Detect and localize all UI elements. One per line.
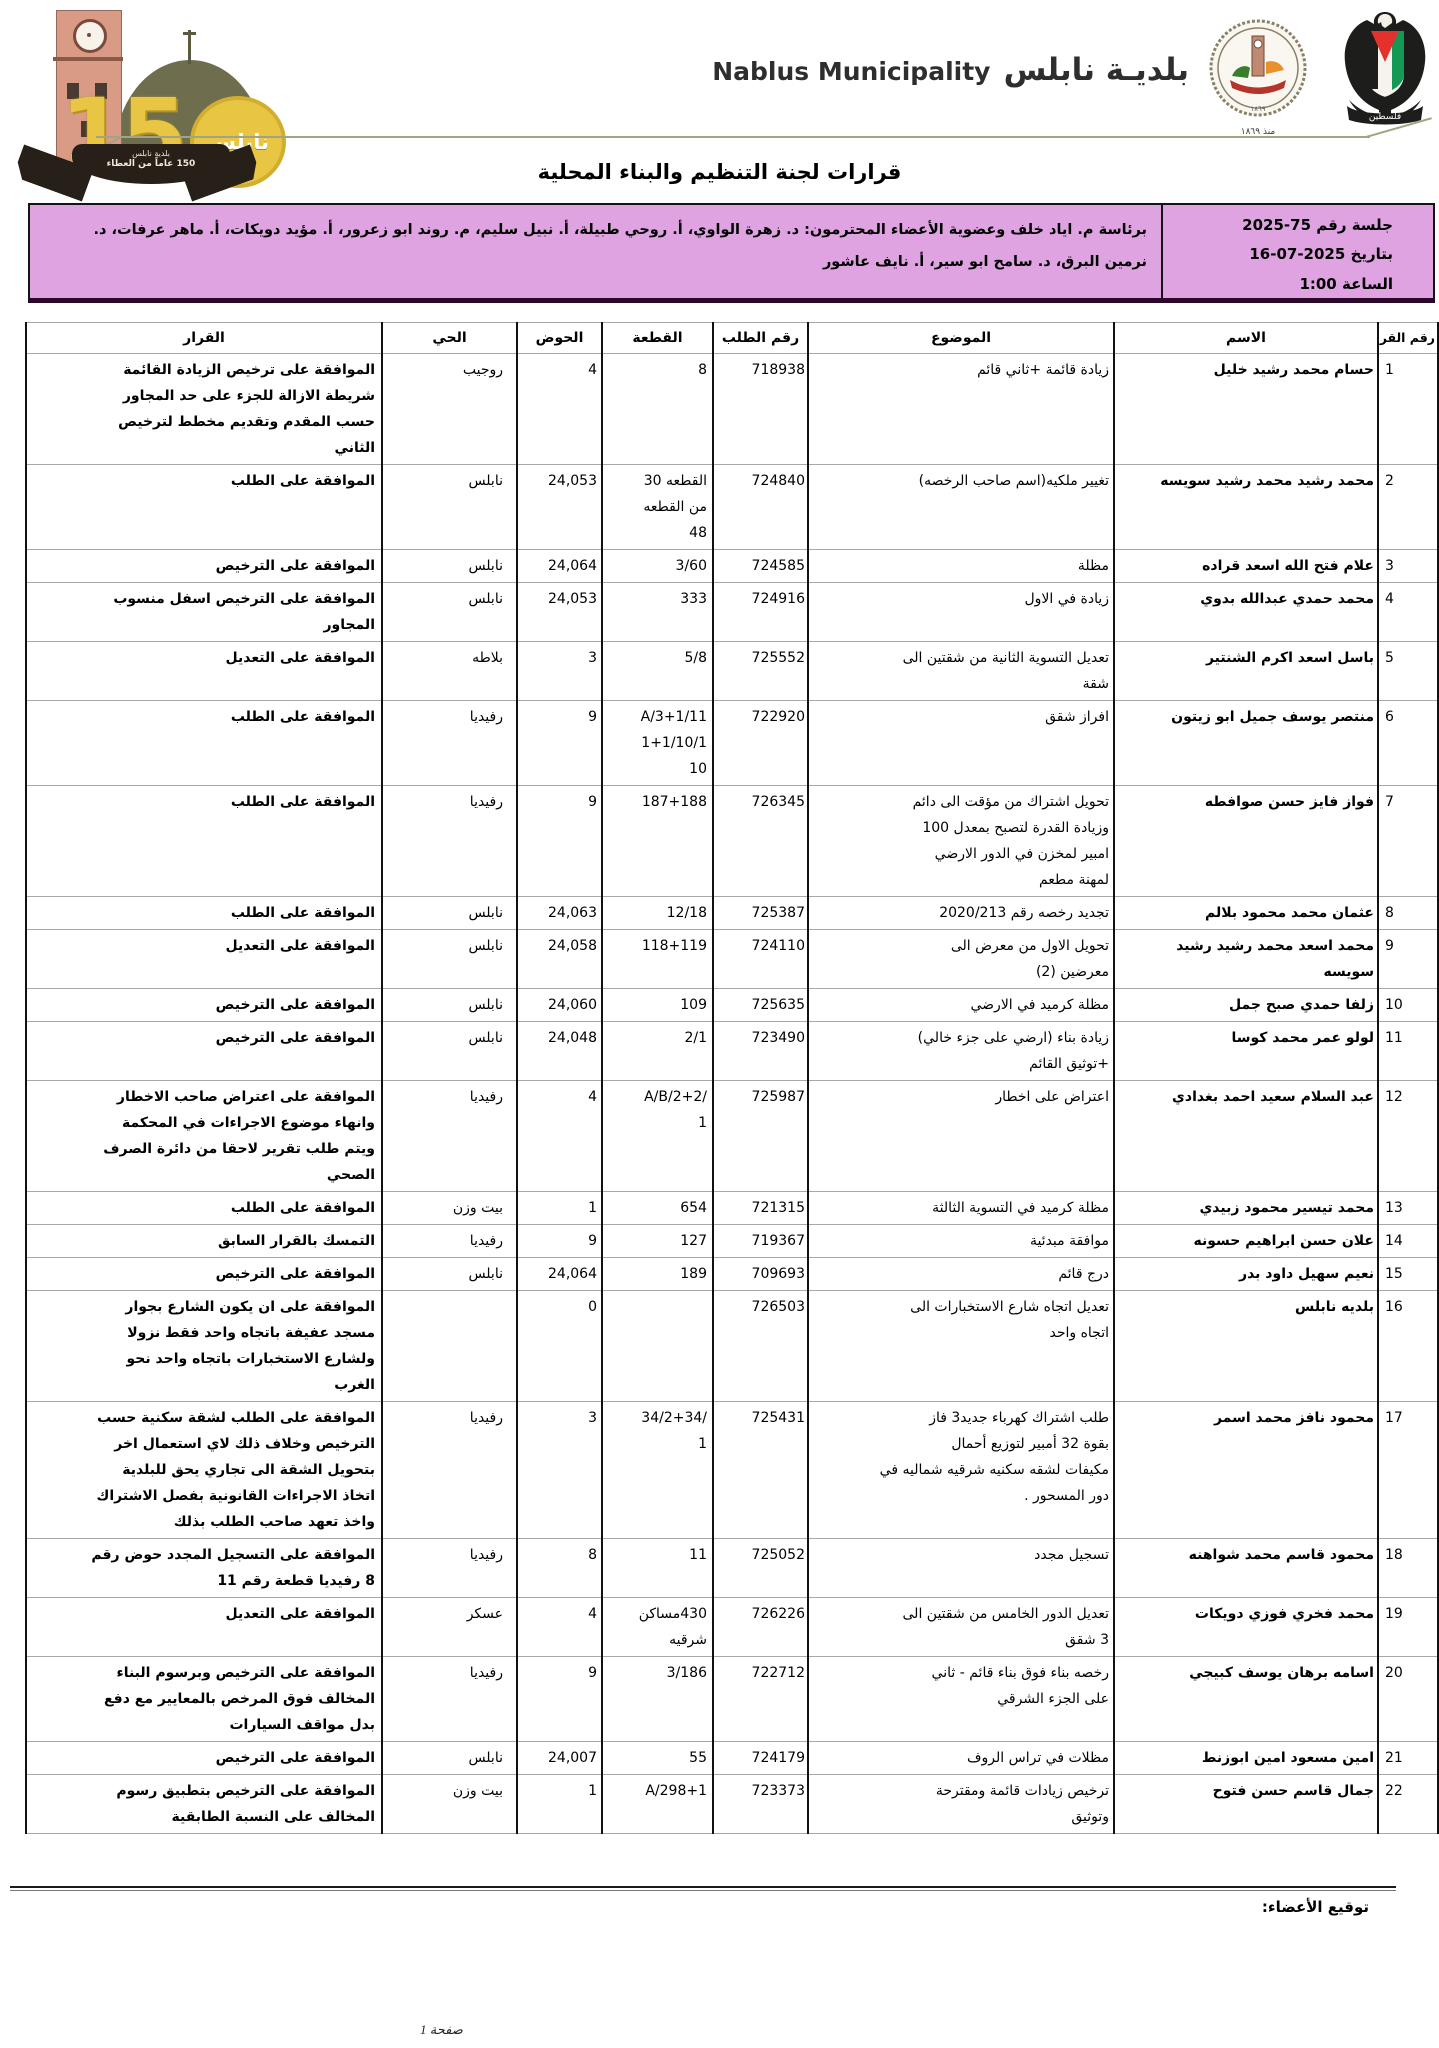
cell-plot: القطعه 30 من القطعه 48	[602, 465, 713, 550]
cell-subject: تحويل الاول من معرض الى معرضين (2)	[808, 930, 1114, 989]
column-header-basin: الحوض	[517, 323, 602, 354]
table-row: 11 لولو عمر محمد كوسا زيادة بناء (ارضي ع…	[26, 1022, 1438, 1081]
table-row: 19 محمد فخري فوزي دويكات تعديل الدور الخ…	[26, 1598, 1438, 1657]
cell-basin: 24,007	[517, 1742, 602, 1775]
table-row: 13 محمد تيسير محمود زبيدي مظلة كرميد في …	[26, 1192, 1438, 1225]
cell-name: محمد حمدي عبدالله بدوي	[1114, 583, 1378, 642]
cell-decision: الموافقة على الطلب	[26, 897, 382, 930]
cell-subject: مظلات في تراس الروف	[808, 1742, 1114, 1775]
cell-subject: اعتراض على اخطار	[808, 1081, 1114, 1192]
footer-divider-line	[10, 1886, 1396, 1891]
cell-decision: الموافقة على الطلب	[26, 701, 382, 786]
cell-decision: الموافقة على الترخيص	[26, 1742, 382, 1775]
cell-district: رفيديا	[382, 1225, 517, 1258]
cell-basin: 0	[517, 1291, 602, 1402]
cell-decision: الموافقة على الترخيص	[26, 989, 382, 1022]
cell-request-no: 725552	[713, 642, 808, 701]
cell-district: نابلس	[382, 465, 517, 550]
cell-district: رفيديا	[382, 1402, 517, 1539]
cell-district: نابلس	[382, 1258, 517, 1291]
cell-decision-no: 1	[1378, 354, 1438, 465]
cell-decision: الموافقة على ترخيص الزيادة القائمة شريطة…	[26, 354, 382, 465]
cell-decision-no: 11	[1378, 1022, 1438, 1081]
cell-basin: 24,058	[517, 930, 602, 989]
cell-decision-no: 19	[1378, 1598, 1438, 1657]
cell-decision: الموافقة على التسجيل المجدد حوض رقم 8 رف…	[26, 1539, 382, 1598]
table-row: 21 امين مسعود امين ابوزنط مظلات في تراس …	[26, 1742, 1438, 1775]
cell-plot: 127	[602, 1225, 713, 1258]
cell-decision-no: 6	[1378, 701, 1438, 786]
cell-name: عبد السلام سعيد احمد بغدادي	[1114, 1081, 1378, 1192]
cell-request-no: 718938	[713, 354, 808, 465]
cell-plot: 109	[602, 989, 713, 1022]
cell-decision: الموافقة على الطلب	[26, 1192, 382, 1225]
cell-subject: تغيير ملكيه(اسم صاحب الرخصه)	[808, 465, 1114, 550]
table-row: 6 منتصر يوسف جميل ابو زيتون افراز شقق 72…	[26, 701, 1438, 786]
cell-basin: 24,048	[517, 1022, 602, 1081]
svg-text:١٨٦٩: ١٨٦٩	[1250, 105, 1265, 113]
cell-name: امين مسعود امين ابوزنط	[1114, 1742, 1378, 1775]
table-row: 15 نعيم سهيل داود بدر درج قائم 709693 18…	[26, 1258, 1438, 1291]
cell-basin: 3	[517, 642, 602, 701]
cell-subject: تسجيل مجدد	[808, 1539, 1114, 1598]
cell-request-no: 725052	[713, 1539, 808, 1598]
column-header-plot: القطعة	[602, 323, 713, 354]
palestine-eagle-emblem-icon: فلسطين	[1337, 10, 1433, 128]
clock-face-icon	[73, 19, 107, 53]
cell-name: محمد تيسير محمود زبيدي	[1114, 1192, 1378, 1225]
cell-plot: 187+188	[602, 786, 713, 897]
cell-request-no: 726345	[713, 786, 808, 897]
cell-decision-no: 4	[1378, 583, 1438, 642]
cell-basin: 24,064	[517, 1258, 602, 1291]
cell-name: محمد اسعد محمد رشيد رشيد سويسه	[1114, 930, 1378, 989]
cell-request-no: 725387	[713, 897, 808, 930]
cell-decision-no: 22	[1378, 1775, 1438, 1834]
cell-basin: 4	[517, 354, 602, 465]
cell-name: اسامه برهان يوسف كبيجي	[1114, 1657, 1378, 1742]
cell-name: زلفا حمدي صبح جمل	[1114, 989, 1378, 1022]
cell-basin: 9	[517, 701, 602, 786]
tower-cornice	[53, 57, 123, 61]
cell-decision-no: 20	[1378, 1657, 1438, 1742]
cell-decision-no: 21	[1378, 1742, 1438, 1775]
cell-request-no: 709693	[713, 1258, 808, 1291]
table-header-row: رقم القرار الاسم الموضوع رقم الطلب القطع…	[26, 323, 1438, 354]
table-row: 18 محمود قاسم محمد شواهنه تسجيل مجدد 725…	[26, 1539, 1438, 1598]
column-header-request-no: رقم الطلب	[713, 323, 808, 354]
cell-decision-no: 18	[1378, 1539, 1438, 1598]
cell-subject: ترخيص زيادات قائمة ومقترحة وتوثيق	[808, 1775, 1114, 1834]
cell-plot: A/B/2+2/ 1	[602, 1081, 713, 1192]
cell-subject: تعديل اتجاه شارع الاستخبارات الى اتجاه و…	[808, 1291, 1114, 1402]
cell-request-no: 722712	[713, 1657, 808, 1742]
cell-request-no: 724916	[713, 583, 808, 642]
cell-subject: زيادة في الاول	[808, 583, 1114, 642]
cell-basin: 9	[517, 1225, 602, 1258]
cell-subject: مظلة	[808, 550, 1114, 583]
ribbon-line1: بلدية نابلس	[72, 149, 230, 159]
minaret-spire-icon	[188, 30, 191, 64]
cell-subject: موافقة مبدئية	[808, 1225, 1114, 1258]
cell-decision-no: 15	[1378, 1258, 1438, 1291]
column-header-decision: القرار	[26, 323, 382, 354]
cell-basin: 4	[517, 1598, 602, 1657]
cell-plot: A/298+1	[602, 1775, 713, 1834]
header-divider-line	[96, 136, 1370, 138]
table-row: 9 محمد اسعد محمد رشيد رشيد سويسه تحويل ا…	[26, 930, 1438, 989]
cell-plot: 118+119	[602, 930, 713, 989]
session-time: الساعة 1:00	[1169, 270, 1393, 299]
cell-name: لولو عمر محمد كوسا	[1114, 1022, 1378, 1081]
cell-request-no: 725635	[713, 989, 808, 1022]
cell-basin: 24,053	[517, 583, 602, 642]
cell-name: فواز فايز حسن صوافطه	[1114, 786, 1378, 897]
table-row: 10 زلفا حمدي صبح جمل مظلة كرميد في الارض…	[26, 989, 1438, 1022]
cell-plot: 5/8	[602, 642, 713, 701]
cell-decision-no: 9	[1378, 930, 1438, 989]
cell-request-no: 726226	[713, 1598, 808, 1657]
cell-decision: الموافقة على التعديل	[26, 642, 382, 701]
cell-name: منتصر يوسف جميل ابو زيتون	[1114, 701, 1378, 786]
table-row: 1 حسام محمد رشيد خليل زيادة قائمة +ثاني …	[26, 354, 1438, 465]
cell-basin: 9	[517, 786, 602, 897]
cell-request-no: 719367	[713, 1225, 808, 1258]
cell-name: محمود نافز محمد اسمر	[1114, 1402, 1378, 1539]
cell-subject: درج قائم	[808, 1258, 1114, 1291]
table-row: 4 محمد حمدي عبدالله بدوي زيادة في الاول …	[26, 583, 1438, 642]
cell-subject: تجديد رخصه رقم 2020/213	[808, 897, 1114, 930]
cell-decision-no: 8	[1378, 897, 1438, 930]
cell-district: روجيب	[382, 354, 517, 465]
cell-basin: 24,064	[517, 550, 602, 583]
table-row: 20 اسامه برهان يوسف كبيجي رخصه بناء فوق …	[26, 1657, 1438, 1742]
cell-district: نابلس	[382, 989, 517, 1022]
cell-request-no: 724585	[713, 550, 808, 583]
cell-decision: الموافقة على الطلب لشقة سكنية حسب الترخي…	[26, 1402, 382, 1539]
cell-subject: زيادة بناء (ارضي على جزء خالي) +توثيق ال…	[808, 1022, 1114, 1081]
municipality-name-arabic: بلديـة نابلس	[1004, 52, 1189, 88]
cell-district: بيت وزن	[382, 1775, 517, 1834]
table-row: 5 باسل اسعد اكرم الشنتير تعديل التسوية ا…	[26, 642, 1438, 701]
cell-subject: تعديل الدور الخامس من شقتين الى 3 شقق	[808, 1598, 1114, 1657]
session-number: جلسة رقم 75-2025	[1169, 211, 1393, 240]
cell-plot	[602, 1291, 713, 1402]
cell-name: نعيم سهيل داود بدر	[1114, 1258, 1378, 1291]
cell-plot: 333	[602, 583, 713, 642]
cell-decision-no: 14	[1378, 1225, 1438, 1258]
cell-subject: رخصه بناء فوق بناء قائم - ثاني على الجزء…	[808, 1657, 1114, 1742]
cell-plot: 3/186	[602, 1657, 713, 1742]
cell-plot: 8	[602, 354, 713, 465]
session-info-box: جلسة رقم 75-2025 بتاريخ 2025-07-16 الساع…	[28, 203, 1435, 303]
session-date: بتاريخ 2025-07-16	[1169, 240, 1393, 269]
column-header-name: الاسم	[1114, 323, 1378, 354]
session-meta: جلسة رقم 75-2025 بتاريخ 2025-07-16 الساع…	[1161, 205, 1433, 298]
nablus-150-anniversary-logo: 15 نابلس بلدية نابلس 150 عاماً من العطاء	[8, 4, 266, 196]
ribbon-line2: 150 عاماً من العطاء	[72, 159, 230, 170]
cell-district: رفيديا	[382, 1539, 517, 1598]
cell-district: بلاطه	[382, 642, 517, 701]
cell-plot: 189	[602, 1258, 713, 1291]
nablus-municipality-seal-icon: ١٨٦٩ منذ ١٨٦٩	[1208, 18, 1308, 136]
table-row: 8 عثمان محمد محمود بلالم تجديد رخصه رقم …	[26, 897, 1438, 930]
cell-decision: الموافقة على الطلب	[26, 786, 382, 897]
session-attendees: برئاسة م. اياد خلف وعضوية الأعضاء المحتر…	[30, 205, 1161, 298]
cell-district: نابلس	[382, 930, 517, 989]
cell-decision-no: 13	[1378, 1192, 1438, 1225]
cell-decision: الموافقة على الترخيص اسفل منسوب المجاور	[26, 583, 382, 642]
cell-basin: 1	[517, 1775, 602, 1834]
municipality-name: بلديـة نابلس Nablus Municipality	[712, 52, 1189, 88]
cell-plot: 55	[602, 1742, 713, 1775]
table-row: 22 جمال قاسم حسن فتوح ترخيص زيادات قائمة…	[26, 1775, 1438, 1834]
cell-decision: التمسك بالقرار السابق	[26, 1225, 382, 1258]
cell-district: نابلس	[382, 1742, 517, 1775]
emblem-banner-text: فلسطين	[1369, 112, 1401, 122]
municipality-name-english: Nablus Municipality	[712, 57, 998, 86]
cell-decision-no: 7	[1378, 786, 1438, 897]
cell-decision: الموافقة على الطلب	[26, 465, 382, 550]
cell-basin: 4	[517, 1081, 602, 1192]
cell-request-no: 725431	[713, 1402, 808, 1539]
cell-plot: 3/60	[602, 550, 713, 583]
table-row: 12 عبد السلام سعيد احمد بغدادي اعتراض عل…	[26, 1081, 1438, 1192]
cell-decision: الموافقة على ان يكون الشارع بجوار مسجد ع…	[26, 1291, 382, 1402]
cell-decision-no: 10	[1378, 989, 1438, 1022]
cell-district: رفيديا	[382, 786, 517, 897]
cell-plot: 12/18	[602, 897, 713, 930]
cell-district: نابلس	[382, 550, 517, 583]
cell-basin: 24,063	[517, 897, 602, 930]
cell-plot: 654	[602, 1192, 713, 1225]
cell-district: رفيديا	[382, 1081, 517, 1192]
document-page: 15 نابلس بلدية نابلس 150 عاماً من العطاء…	[0, 0, 1439, 2048]
page-number: صفحة 1	[420, 2022, 463, 2038]
cell-request-no: 725987	[713, 1081, 808, 1192]
cell-subject: تعديل التسوية الثانية من شقتين الى شقة	[808, 642, 1114, 701]
cell-name: بلديه نابلس	[1114, 1291, 1378, 1402]
table-body: 1 حسام محمد رشيد خليل زيادة قائمة +ثاني …	[26, 354, 1438, 1834]
cell-subject: تحويل اشتراك من مؤقت الى دائم وزيادة الق…	[808, 786, 1114, 897]
cell-subject: مظلة كرميد في الارضي	[808, 989, 1114, 1022]
cell-name: محمد فخري فوزي دويكات	[1114, 1598, 1378, 1657]
cell-subject: مظلة كرميد في التسوية الثالثة	[808, 1192, 1114, 1225]
cell-basin: 3	[517, 1402, 602, 1539]
table-row: 3 علام فتح الله اسعد قراده مظلة 724585 3…	[26, 550, 1438, 583]
cell-request-no: 726503	[713, 1291, 808, 1402]
cell-name: محمد رشيد محمد رشيد سويسه	[1114, 465, 1378, 550]
cell-decision: الموافقة على الترخيص وبرسوم البناء المخا…	[26, 1657, 382, 1742]
cell-subject: افراز شقق	[808, 701, 1114, 786]
cell-plot: A/3+1/11 1+1/10/1 10	[602, 701, 713, 786]
cell-decision-no: 3	[1378, 550, 1438, 583]
cell-subject: زيادة قائمة +ثاني قائم	[808, 354, 1114, 465]
cell-decision: الموافقة على الترخيص	[26, 550, 382, 583]
cell-name: حسام محمد رشيد خليل	[1114, 354, 1378, 465]
cell-request-no: 724840	[713, 465, 808, 550]
cell-name: عثمان محمد محمود بلالم	[1114, 897, 1378, 930]
cell-basin: 1	[517, 1192, 602, 1225]
cell-basin: 24,060	[517, 989, 602, 1022]
cell-decision-no: 5	[1378, 642, 1438, 701]
decisions-table: رقم القرار الاسم الموضوع رقم الطلب القطع…	[25, 322, 1439, 1834]
cell-decision-no: 17	[1378, 1402, 1438, 1539]
column-header-district: الحي	[382, 323, 517, 354]
cell-district: نابلس	[382, 583, 517, 642]
cell-district: رفيديا	[382, 701, 517, 786]
cell-district: نابلس	[382, 897, 517, 930]
column-header-subject: الموضوع	[808, 323, 1114, 354]
cell-basin: 24,053	[517, 465, 602, 550]
cell-district: بيت وزن	[382, 1192, 517, 1225]
cell-request-no: 722920	[713, 701, 808, 786]
cell-plot: 11	[602, 1539, 713, 1598]
cell-request-no: 723490	[713, 1022, 808, 1081]
cell-decision-no: 2	[1378, 465, 1438, 550]
cell-decision: الموافقة على اعتراض صاحب الاخطار وانهاء …	[26, 1081, 382, 1192]
cell-district: نابلس	[382, 1022, 517, 1081]
table-row: 14 علان حسن ابراهيم حسونه موافقة مبدئية …	[26, 1225, 1438, 1258]
cell-name: علام فتح الله اسعد قراده	[1114, 550, 1378, 583]
cell-request-no: 723373	[713, 1775, 808, 1834]
cell-decision-no: 16	[1378, 1291, 1438, 1402]
cell-subject: طلب اشتراك كهرباء جديد3 فاز بقوة 32 أمبي…	[808, 1402, 1114, 1539]
table-row: 16 بلديه نابلس تعديل اتجاه شارع الاستخبا…	[26, 1291, 1438, 1402]
cell-plot: 34/2+34/ 1	[602, 1402, 713, 1539]
table-row: 2 محمد رشيد محمد رشيد سويسه تغيير ملكيه(…	[26, 465, 1438, 550]
members-signature-label: توقيع الأعضاء:	[1262, 1898, 1369, 1916]
cell-request-no: 724110	[713, 930, 808, 989]
table-row: 17 محمود نافز محمد اسمر طلب اشتراك كهربا…	[26, 1402, 1438, 1539]
cell-decision: الموافقة على التعديل	[26, 1598, 382, 1657]
cell-name: علان حسن ابراهيم حسونه	[1114, 1225, 1378, 1258]
cell-request-no: 721315	[713, 1192, 808, 1225]
cell-request-no: 724179	[713, 1742, 808, 1775]
cell-name: محمود قاسم محمد شواهنه	[1114, 1539, 1378, 1598]
cell-decision-no: 12	[1378, 1081, 1438, 1192]
table-row: 7 فواز فايز حسن صوافطه تحويل اشتراك من م…	[26, 786, 1438, 897]
column-header-decision-no: رقم القرار	[1378, 323, 1438, 354]
cell-decision: الموافقة على التعديل	[26, 930, 382, 989]
cell-decision: الموافقة على الترخيص بتطبيق رسوم المخالف…	[26, 1775, 382, 1834]
cell-basin: 9	[517, 1657, 602, 1742]
cell-district: رفيديا	[382, 1657, 517, 1742]
cell-district	[382, 1291, 517, 1402]
cell-decision: الموافقة على الترخيص	[26, 1258, 382, 1291]
cell-basin: 8	[517, 1539, 602, 1598]
cell-name: باسل اسعد اكرم الشنتير	[1114, 642, 1378, 701]
cell-plot: 2/1	[602, 1022, 713, 1081]
cell-plot: 430مساكن شرقيه	[602, 1598, 713, 1657]
cell-name: جمال قاسم حسن فتوح	[1114, 1775, 1378, 1834]
cell-district: عسكر	[382, 1598, 517, 1657]
cell-decision: الموافقة على الترخيص	[26, 1022, 382, 1081]
